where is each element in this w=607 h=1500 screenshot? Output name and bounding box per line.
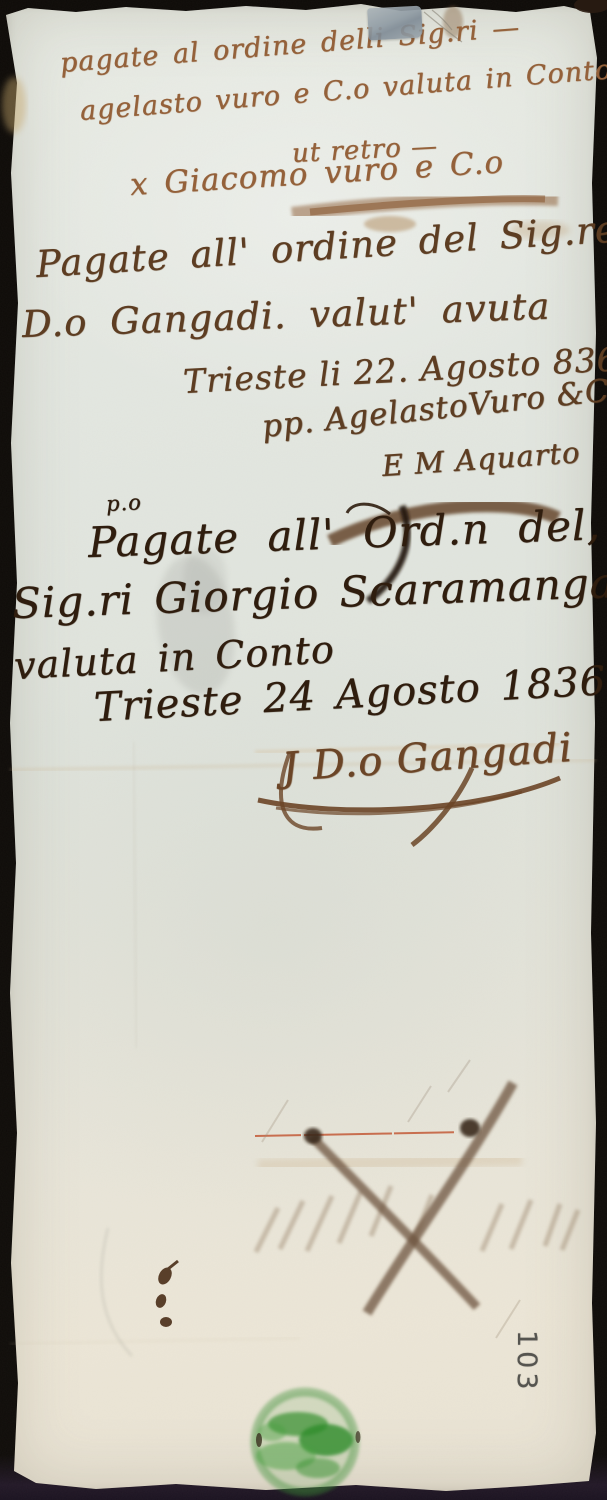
photographed-document: pagate al ordine delli Sig.ri — agelasto… (0, 0, 607, 1500)
green-ink-stamp (255, 1392, 361, 1492)
archive-number: 103 (511, 1330, 542, 1394)
tape-repair (367, 6, 423, 41)
endorsement-3-superscript: p.o (105, 492, 142, 515)
